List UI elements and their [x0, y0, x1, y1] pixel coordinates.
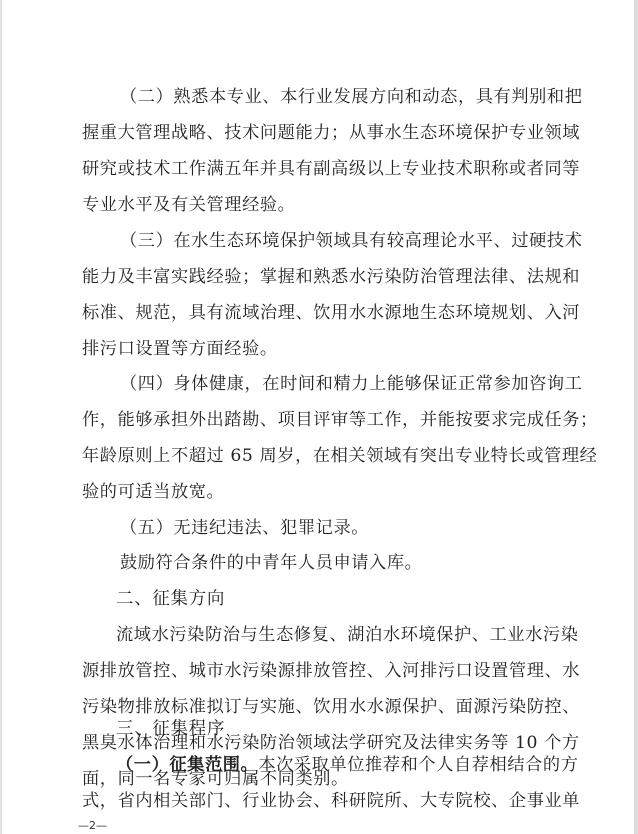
- paragraph-line: 污染物排放标准拟订与实施、饮用水水源保护、面源污染防控、: [82, 696, 580, 718]
- paragraph-line: 研究或技术工作满五年并具有副高级以上专业技术职称或者同等: [82, 158, 580, 180]
- section-heading-3: 三、征集程序: [116, 718, 225, 740]
- paragraph-line: 验的可适当放宽。: [82, 481, 224, 503]
- paragraph-line: 源排放管控、城市水污染源排放管控、入河排污口设置管理、水: [82, 660, 580, 682]
- paragraph-line: 握重大管理战略、技术问题能力；从事水生态环境保护专业领域: [82, 122, 580, 144]
- paragraph-line: 作，能够承担外出踏勘、项目评审等工作，并能按要求完成任务；: [82, 409, 598, 431]
- paragraph-line: 流域水污染防治与生态修复、湖泊水环境保护、工业水污染: [116, 624, 578, 646]
- subsection-title: （一）征集范围。: [116, 755, 258, 775]
- paragraph-line: （三）在水生态环境保护领域具有较高理论水平、过硬技术: [120, 230, 582, 252]
- paragraph-line: （一）征集范围。本次采取单位推荐和个人自荐相结合的方: [116, 754, 579, 776]
- paragraph-line: （五）无违纪违法、犯罪记录。: [120, 517, 369, 539]
- section-heading-2: 二、征集方向: [116, 588, 225, 610]
- subsection-text: 本次采取单位推荐和个人自荐相结合的方: [258, 755, 578, 775]
- page-right-border: [634, 0, 638, 834]
- paragraph-line: 能力及丰富实践经验；掌握和熟悉水污染防治管理法律、法规和: [82, 266, 580, 288]
- paragraph-line: 专业水平及有关管理经验。: [82, 194, 295, 216]
- paragraph-line: 年龄原则上不超过 65 周岁，在相关领域有突出专业特长或管理经: [82, 445, 597, 467]
- page-number: —2—: [78, 819, 107, 832]
- paragraph-line: 式，省内相关部门、行业协会、科研院所、大专院校、企事业单: [82, 790, 580, 812]
- paragraph-line: 标准、规范，具有流域治理、饮用水水源地生态环境规划、入河: [82, 302, 580, 324]
- page-left-border: [0, 0, 2, 834]
- paragraph-line: （二）熟悉本专业、本行业发展方向和动态，具有判别和把: [120, 86, 582, 108]
- paragraph-line: 鼓励符合条件的中青年人员申请入库。: [120, 552, 422, 574]
- paragraph-line: 排污口设置等方面经验。: [82, 338, 278, 360]
- paragraph-line: （四）身体健康，在时间和精力上能够保证正常参加咨询工: [120, 373, 582, 395]
